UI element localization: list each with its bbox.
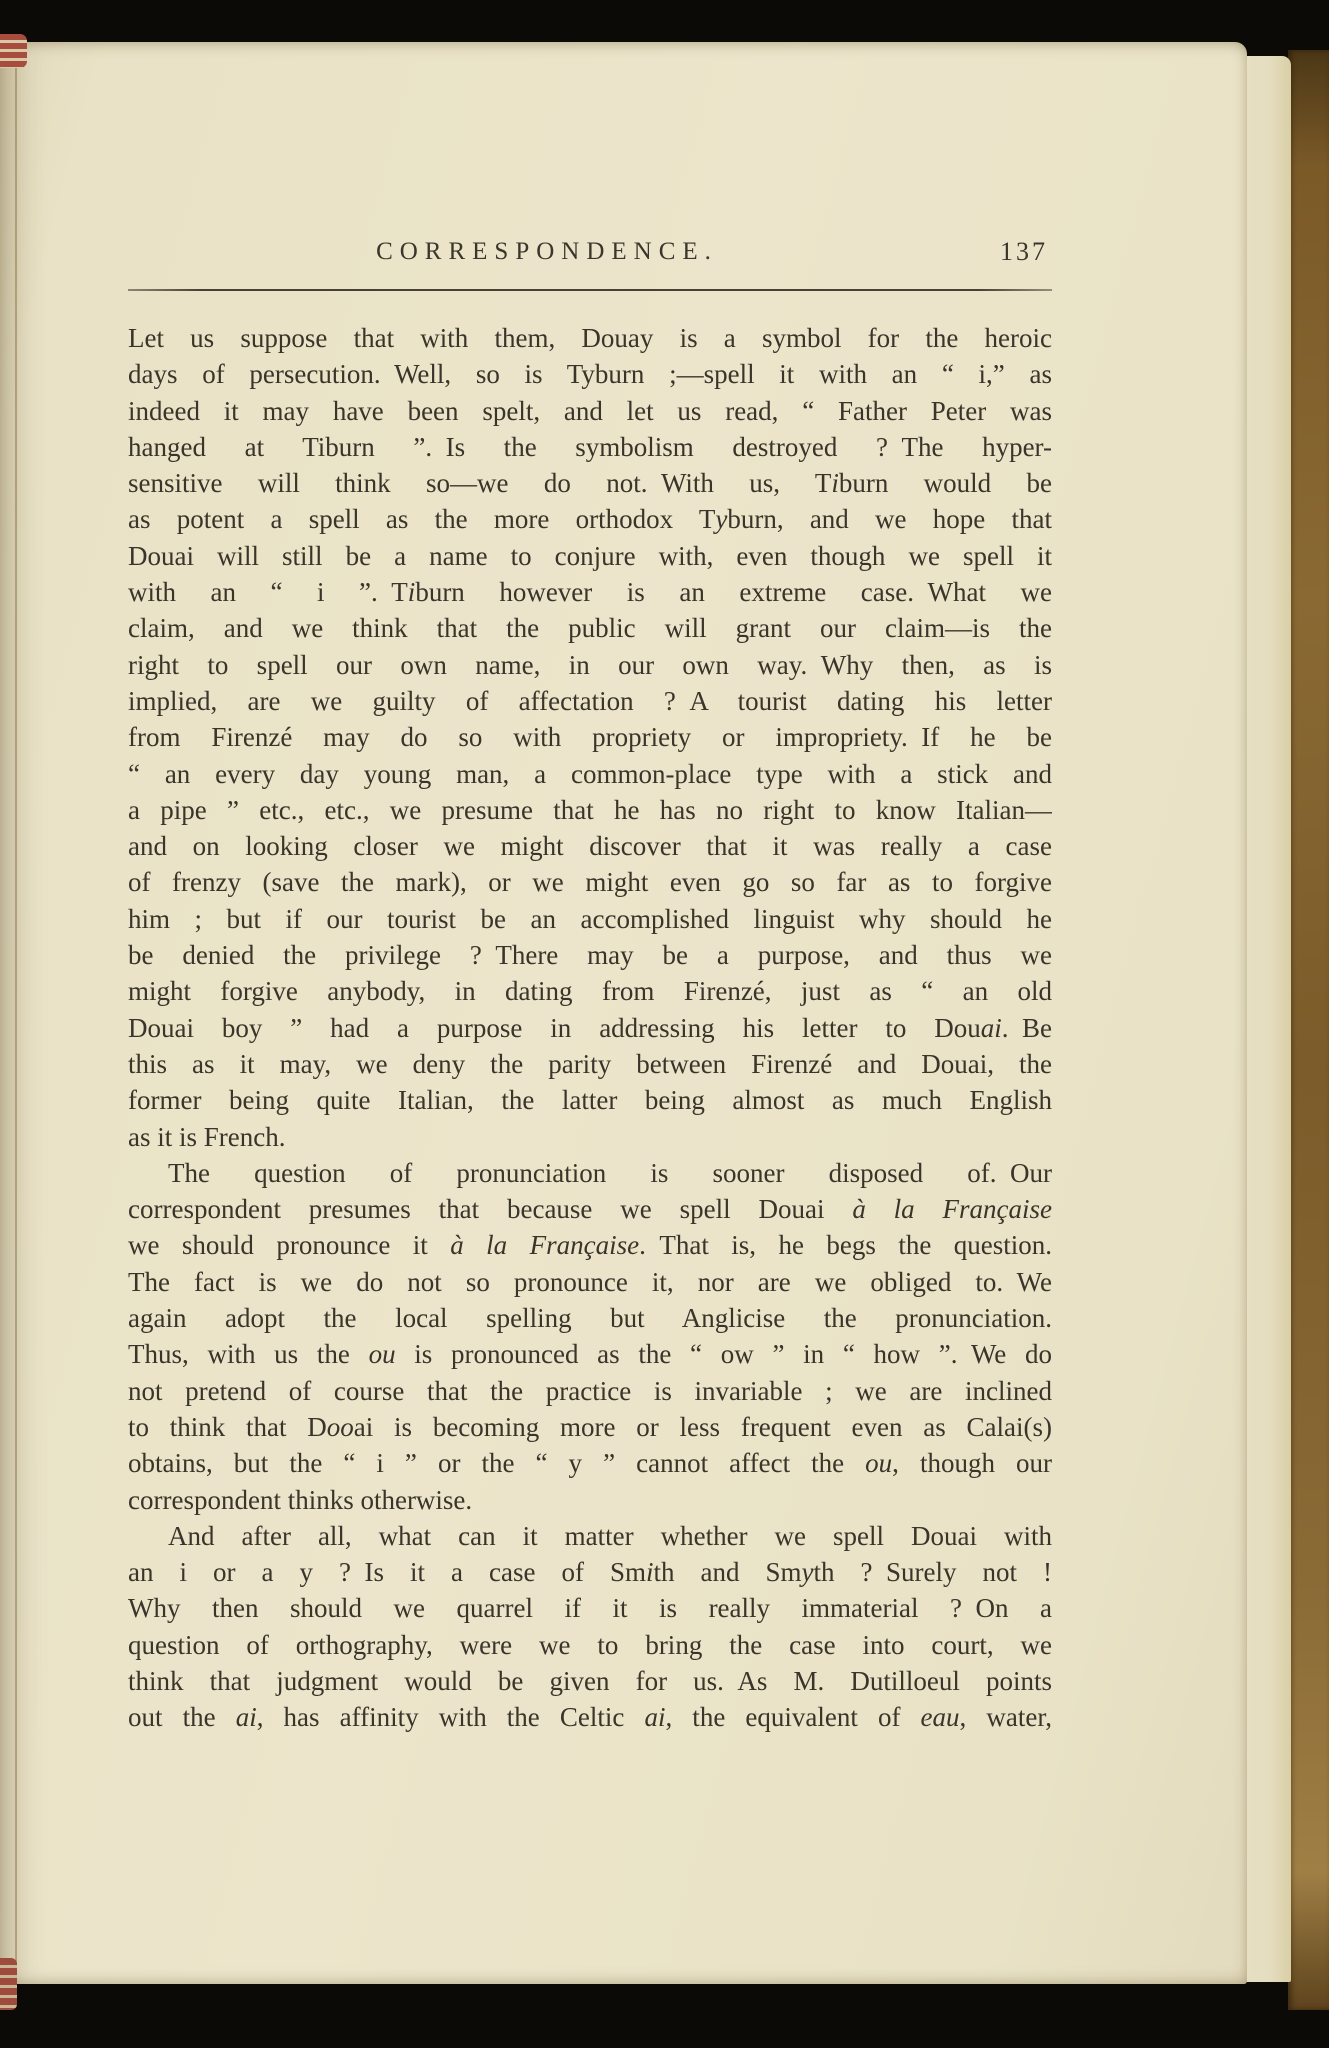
page-fore-edge [1243, 56, 1291, 1982]
text-line: with an “ i ”. Tiburn however is an extr… [128, 574, 1052, 610]
page-header: CORRESPONDENCE. 137 [128, 232, 1052, 272]
page-body: Let us suppose that with them, Douay is … [128, 320, 1052, 1736]
text-line: a pipe ” etc., etc., we presume that he … [128, 792, 1052, 828]
text-line: him ; but if our tourist be an accomplis… [128, 901, 1052, 937]
headband-top [0, 34, 27, 68]
text-line: Thus, with us the ou is pronounced as th… [128, 1336, 1052, 1372]
text-line: as it is French. [128, 1119, 1052, 1155]
text-line: Let us suppose that with them, Douay is … [128, 320, 1052, 356]
text-line: as potent a spell as the more orthodox T… [128, 501, 1052, 537]
text-line: think that judgment would be given for u… [128, 1663, 1052, 1699]
header-rule [128, 289, 1052, 291]
text-line: from Firenzé may do so with propriety or… [128, 719, 1052, 755]
text-line: and on looking closer we might discover … [128, 828, 1052, 864]
text-line: not pretend of course that the practice … [128, 1373, 1052, 1409]
text-line: The question of pronunciation is sooner … [128, 1155, 1052, 1191]
scanned-book-photo: CORRESPONDENCE. 137 Let us suppose that … [0, 0, 1329, 2048]
text-line: obtains, but the “ i ” or the “ y ” cann… [128, 1445, 1052, 1481]
text-line: this as it may, we deny the parity betwe… [128, 1046, 1052, 1082]
page-title: CORRESPONDENCE. [85, 232, 1009, 272]
text-line: be denied the privilege ? There may be a… [128, 937, 1052, 973]
text-line: again adopt the local spelling but Angli… [128, 1300, 1052, 1336]
text-line: we should pronounce it à la Française. T… [128, 1227, 1052, 1263]
book-bottom-edge [32, 1983, 1289, 2005]
book-page: CORRESPONDENCE. 137 Let us suppose that … [0, 42, 1247, 1984]
text-line: correspondent thinks otherwise. [128, 1482, 1052, 1518]
text-line: “ an every day young man, a common-place… [128, 756, 1052, 792]
gutter-crease [15, 56, 17, 1968]
text-line: question of orthography, were we to brin… [128, 1627, 1052, 1663]
text-line: hanged at Tiburn ”. Is the symbolism des… [128, 429, 1052, 465]
text-line: might forgive anybody, in dating from Fi… [128, 973, 1052, 1009]
text-line: sensitive will think so—we do not. With … [128, 465, 1052, 501]
text-line: out the ai, has affinity with the Celtic… [128, 1699, 1052, 1735]
text-line: correspondent presumes that because we s… [128, 1191, 1052, 1227]
text-line: to think that Dooai is becoming more or … [128, 1409, 1052, 1445]
page-number: 137 [1000, 232, 1048, 272]
text-line: claim, and we think that the public will… [128, 610, 1052, 646]
text-line: Douai will still be a name to conjure wi… [128, 538, 1052, 574]
text-line: of frenzy (save the mark), or we might e… [128, 864, 1052, 900]
text-line: The fact is we do not so pronounce it, n… [128, 1264, 1052, 1300]
text-line: an i or a y ? Is it a case of Smith and … [128, 1554, 1052, 1590]
headband-bottom [0, 1958, 17, 2010]
text-line: And after all, what can it matter whethe… [128, 1518, 1052, 1554]
book-cover-edge [1288, 50, 1329, 2010]
text-line: Why then should we quarrel if it is real… [128, 1590, 1052, 1626]
page-content: CORRESPONDENCE. 137 Let us suppose that … [128, 42, 1052, 1984]
text-line: former being quite Italian, the latter b… [128, 1082, 1052, 1118]
text-line: Douai boy ” had a purpose in addressing … [128, 1010, 1052, 1046]
text-line: indeed it may have been spelt, and let u… [128, 393, 1052, 429]
text-line: implied, are we guilty of affectation ? … [128, 683, 1052, 719]
text-line: days of persecution. Well, so is Tyburn … [128, 356, 1052, 392]
text-line: right to spell our own name, in our own … [128, 647, 1052, 683]
